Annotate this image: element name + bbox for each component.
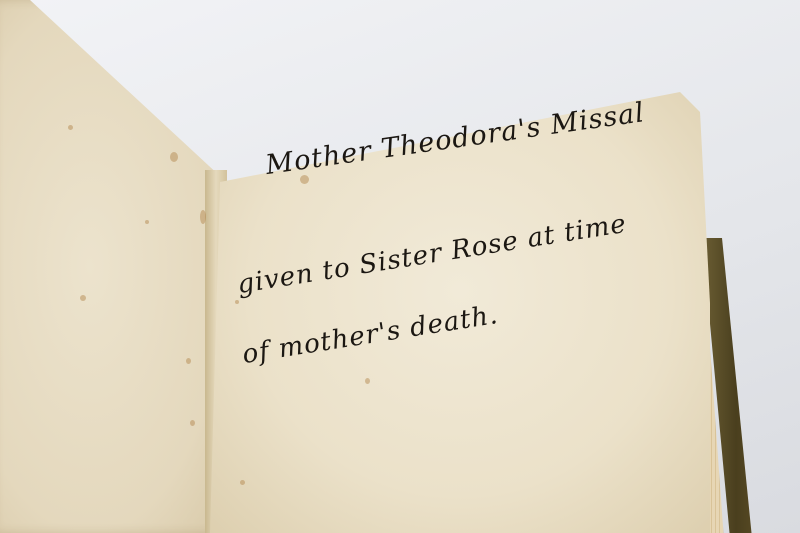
foxing-spot [200,210,206,224]
foxing-spot [235,300,239,304]
foxing-spot [365,378,370,384]
foxing-spot [80,295,86,301]
foxing-spot [145,220,149,224]
foxing-spot [186,358,191,364]
foxing-spot [68,125,73,130]
foxing-spot [170,152,178,162]
foxing-spot [240,480,245,485]
foxing-spot [190,420,195,426]
foxing-spot [300,175,309,184]
